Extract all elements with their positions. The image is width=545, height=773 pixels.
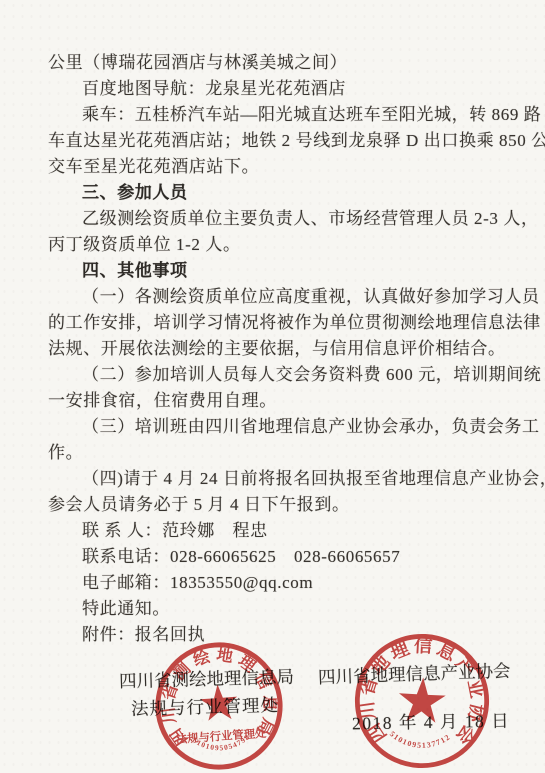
doc-line: 三、参加人员 (48, 180, 509, 206)
doc-line: 的工作安排，培训学习情况将被作为单位贯彻测绘地理信息法律 (48, 310, 509, 336)
seal-star-icon (398, 676, 447, 723)
doc-line: 电子邮箱：18353550@qq.com (48, 570, 509, 596)
doc-line: 丙丁级资质单位 1-2 人。 (48, 232, 509, 258)
scanned-notice-page: 公里（博瑞花园酒店与林溪美城之间）百度地图导航：龙泉星光花苑酒店乘车：五桂桥汽车… (0, 0, 545, 773)
doc-line: （四)请于 4 月 24 日前将报名回执报至省地理信息产业协会， (48, 466, 509, 492)
official-seal-right: 四川省地理信息产业协会 5101095137712 (345, 624, 498, 773)
doc-line: 特此通知。 (48, 596, 509, 622)
doc-line: 四、其他事项 (48, 258, 509, 284)
doc-line: 交车至星光花苑酒店站下。 (48, 154, 509, 180)
doc-line: 作。 (48, 440, 509, 466)
seal-inner-text: 法规与行业管理处 (175, 726, 267, 746)
doc-line: 参会人员请务必于 5 月 4 日下午报到。 (48, 492, 509, 518)
doc-line: （二）参加培训人员每人交会务资料费 600 元，培训期间统 (48, 362, 509, 388)
doc-line: 联系电话：028-66065625 028-66065657 (48, 544, 509, 570)
document-body: 公里（博瑞花园酒店与林溪美城之间）百度地图导航：龙泉星光花苑酒店乘车：五桂桥汽车… (0, 0, 545, 648)
seal-serial: 5101095137712 (387, 729, 452, 751)
official-seal-left: 四川省测绘地理信息局 法规与行业管理处 5101095054798 (145, 632, 292, 773)
doc-line: 百度地图导航：龙泉星光花苑酒店 (48, 76, 509, 102)
doc-line: 一安排食宿，住宿费用自理。 (48, 388, 509, 414)
doc-line: 车直达星光花苑酒店站；地铁 2 号线到龙泉驿 D 出口换乘 850 公 (48, 128, 509, 154)
seal-star-icon (199, 683, 239, 721)
doc-line: （三）培训班由四川省地理信息产业协会承办，负责会务工 (48, 414, 509, 440)
doc-line: 乘车：五桂桥汽车站—阳光城直达班车至阳光城，转 869 路 (48, 102, 509, 128)
doc-line: （一）各测绘资质单位应高度重视，认真做好参加学习人员 (48, 284, 509, 310)
doc-line: 乙级测绘资质单位主要负责人、市场经营管理人员 2-3 人， (48, 206, 509, 232)
doc-line: 联 系 人：范玲娜 程忠 (48, 518, 509, 544)
doc-line: 法规、开展依法测绘的主要依据，与信用信息评价相结合。 (48, 336, 509, 362)
doc-line: 公里（博瑞花园酒店与林溪美城之间） (48, 50, 509, 76)
